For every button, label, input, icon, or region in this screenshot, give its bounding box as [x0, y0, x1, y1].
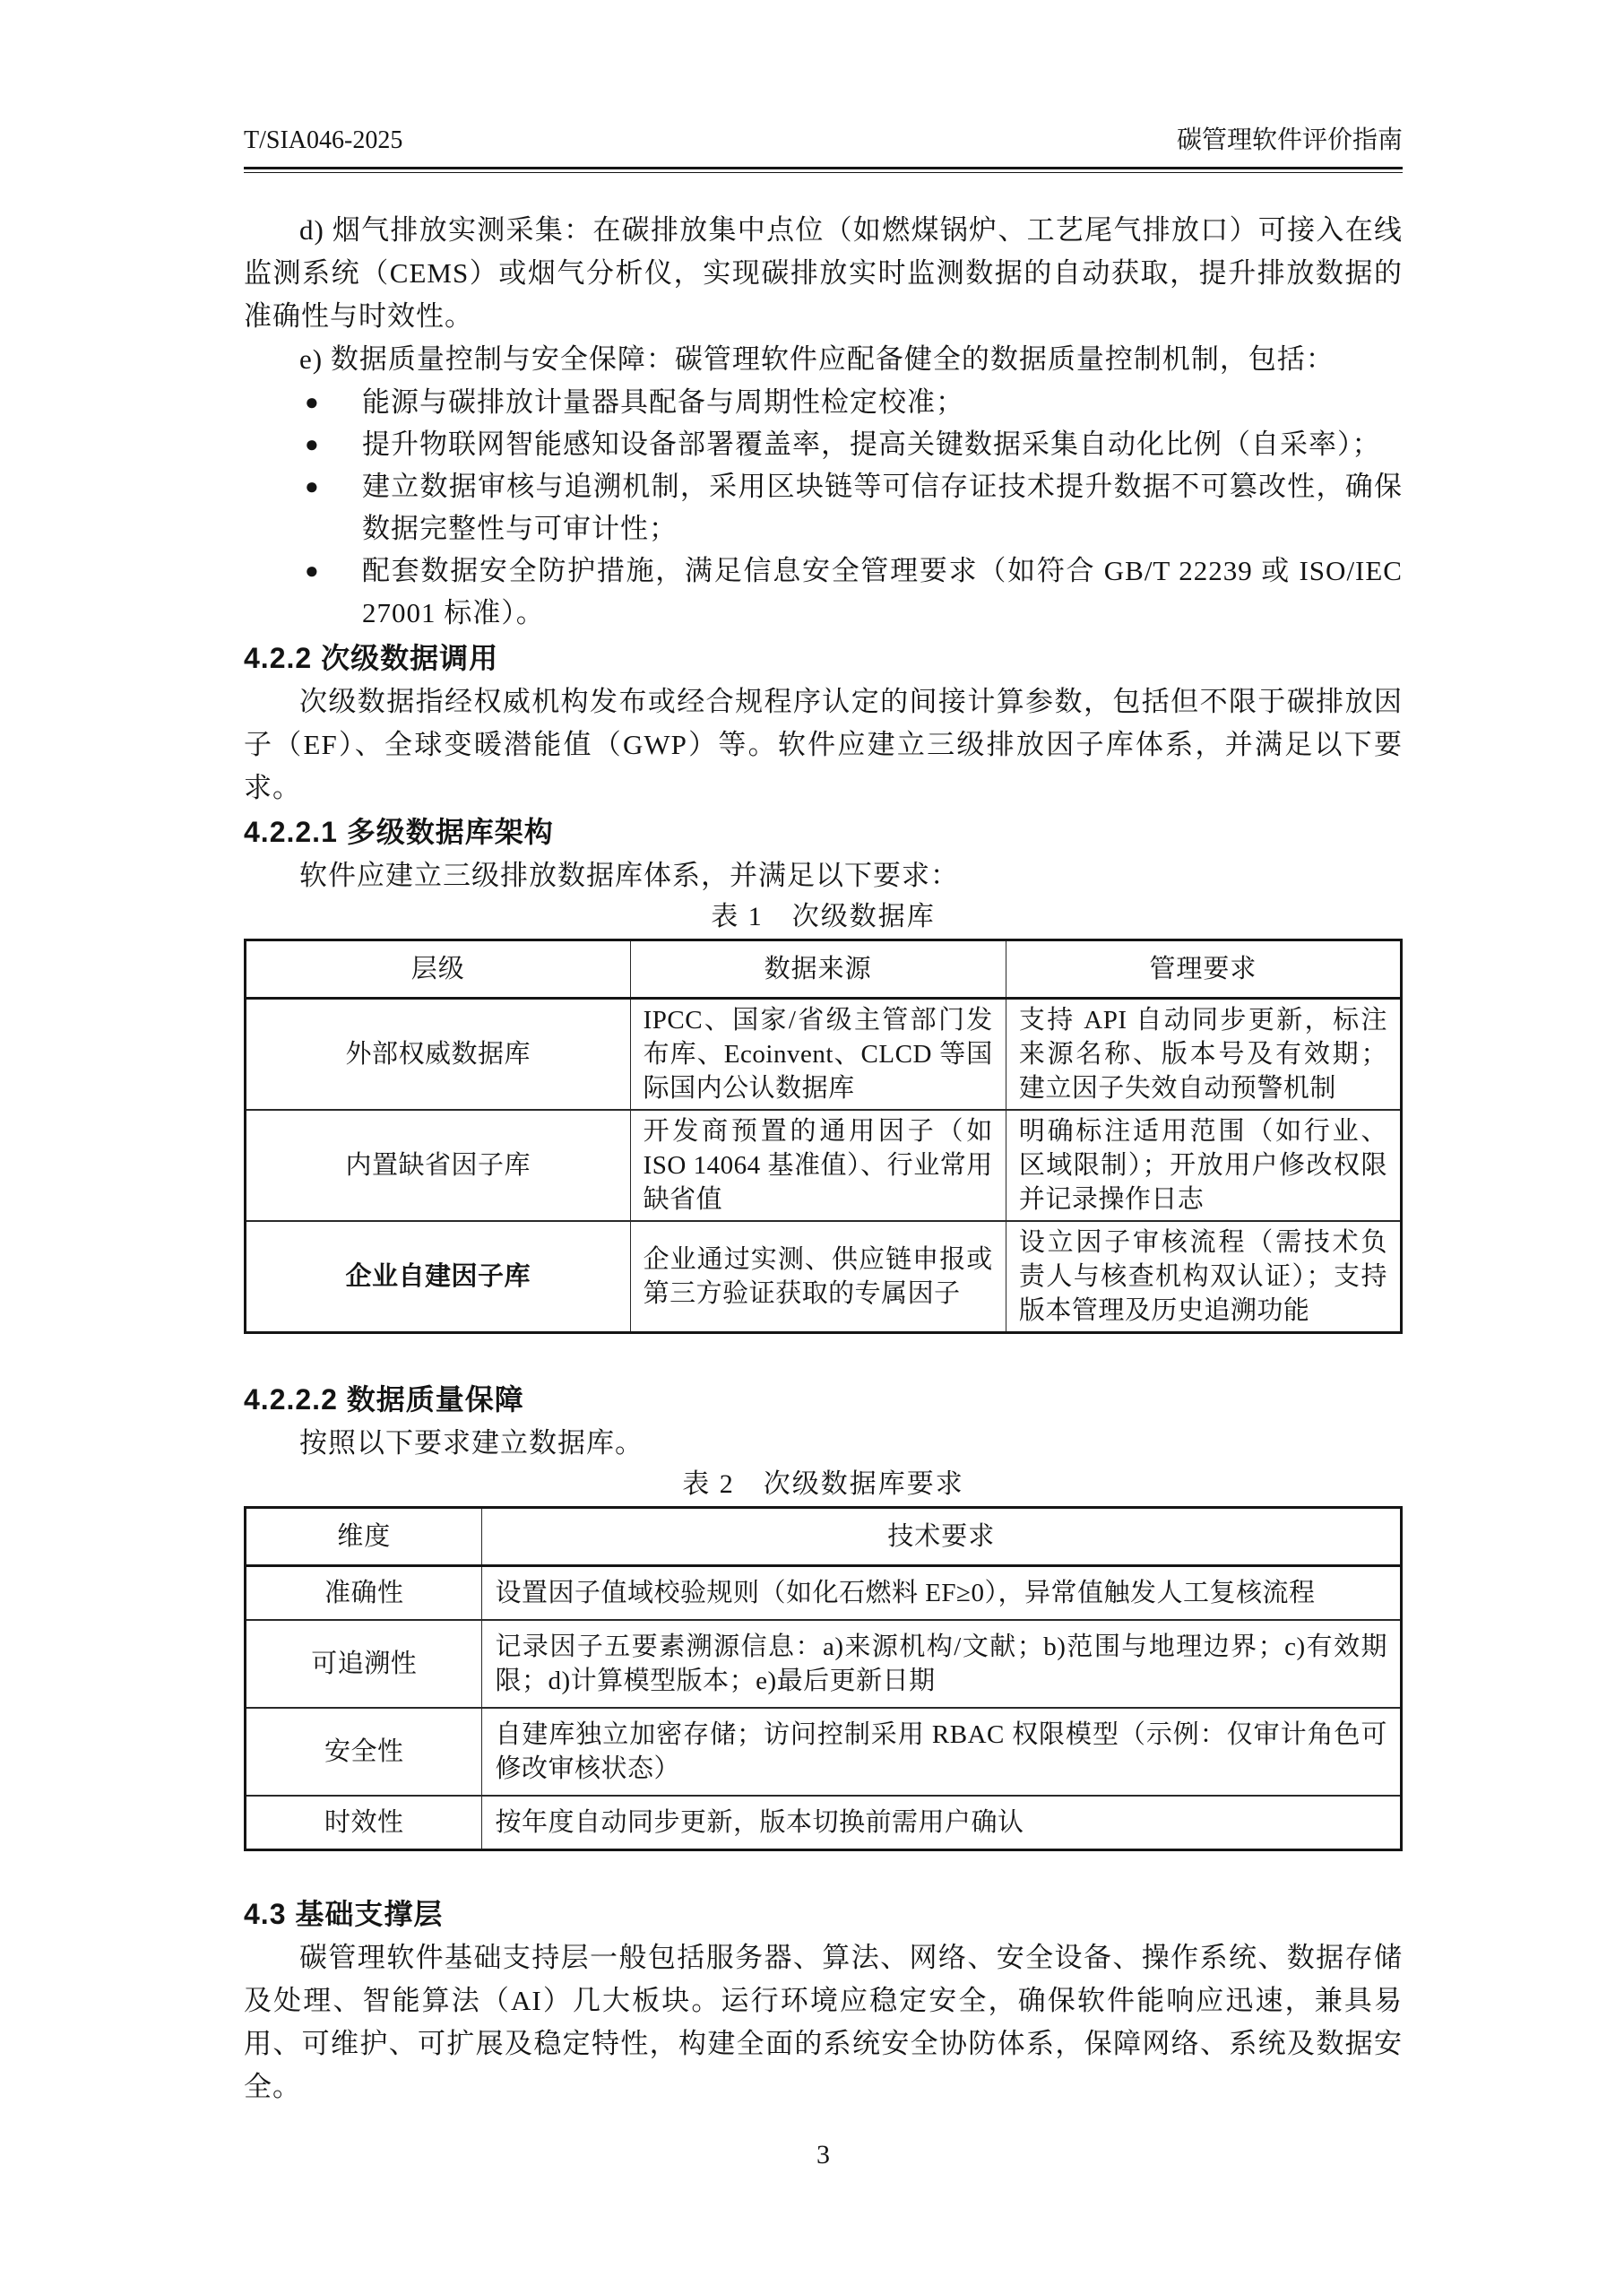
table-cell: 时效性 — [246, 1796, 482, 1850]
bullet-text: 建立数据审核与追溯机制，采用区块链等可信存证技术提升数据不可篡改性，确保数据完整… — [362, 471, 1403, 544]
bullet-icon: ● — [305, 423, 320, 465]
bullet-icon: ● — [305, 381, 320, 423]
header-doc-code: T/SIA046-2025 — [244, 126, 402, 156]
table-1-caption: 表 1 次级数据库 — [244, 897, 1403, 937]
bullet-item: ●配套数据安全防护措施，满足信息安全管理要求（如符合 GB/T 22239 或 … — [244, 550, 1403, 634]
table-header-cell: 层级 — [246, 940, 631, 999]
heading-4-2-2-2: 4.2.2.2 数据质量保障 — [244, 1377, 1403, 1422]
table-cell: 企业通过实测、供应链申报或第三方验证获取的专属因子 — [630, 1221, 1006, 1333]
header-doc-title: 碳管理软件评价指南 — [1177, 126, 1403, 156]
bullet-icon: ● — [305, 550, 320, 592]
quality-bullet-list: ●能源与碳排放计量器具配备与周期性检定校准；●提升物联网智能感知设备部署覆盖率，… — [244, 381, 1403, 634]
table-row: 企业自建因子库企业通过实测、供应链申报或第三方验证获取的专属因子设立因子审核流程… — [246, 1221, 1402, 1333]
document-page: T/SIA046-2025 碳管理软件评价指南 d) 烟气排放实测采集：在碳排放… — [0, 0, 1624, 2295]
table-cell: 记录因子五要素溯源信息：a)来源机构/文献；b)范围与地理边界；c)有效期限；d… — [482, 1620, 1402, 1708]
table-2-caption: 表 2 次级数据库要求 — [244, 1465, 1403, 1504]
bullet-text: 配套数据安全防护措施，满足信息安全管理要求（如符合 GB/T 22239 或 I… — [362, 555, 1403, 628]
table-cell: 外部权威数据库 — [246, 999, 631, 1111]
bullet-text: 提升物联网智能感知设备部署覆盖率，提高关键数据采集自动化比例（自采率）； — [362, 429, 1381, 460]
table-header-cell: 数据来源 — [630, 940, 1006, 999]
paragraph-item-d: d) 烟气排放实测采集：在碳排放集中点位（如燃煤锅炉、工艺尾气排放口）可接入在线… — [244, 209, 1403, 338]
bullet-text: 能源与碳排放计量器具配备与周期性检定校准； — [362, 386, 964, 418]
paragraph-4-2-2: 次级数据指经权威机构发布或经合规程序认定的间接计算参数，包括但不限于碳排放因子（… — [244, 680, 1403, 810]
paragraph-item-e: e) 数据质量控制与安全保障：碳管理软件应配备健全的数据质量控制机制，包括： — [244, 338, 1403, 381]
table-header-cell: 管理要求 — [1006, 940, 1401, 999]
heading-4-3: 4.3 基础支撑层 — [244, 1892, 1403, 1936]
table-row: 时效性按年度自动同步更新，版本切换前需用户确认 — [246, 1796, 1402, 1850]
page-number: 3 — [244, 2137, 1403, 2173]
table-cell: 按年度自动同步更新，版本切换前需用户确认 — [482, 1796, 1402, 1850]
header-rule-divider — [244, 167, 1403, 173]
table-cell: 开发商预置的通用因子（如 ISO 14064 基准值）、行业常用缺省值 — [630, 1110, 1006, 1221]
table-row: 内置缺省因子库开发商预置的通用因子（如 ISO 14064 基准值）、行业常用缺… — [246, 1110, 1402, 1221]
table-row: 安全性自建库独立加密存储；访问控制采用 RBAC 权限模型（示例：仅审计角色可修… — [246, 1708, 1402, 1796]
heading-4-2-2-1: 4.2.2.1 多级数据库架构 — [244, 810, 1403, 854]
table-cell: 明确标注适用范围（如行业、区域限制）；开放用户修改权限并记录操作日志 — [1006, 1110, 1401, 1221]
paragraph-4-3: 碳管理软件基础支持层一般包括服务器、算法、网络、安全设备、操作系统、数据存储及处… — [244, 1936, 1403, 2109]
table-cell: 内置缺省因子库 — [246, 1110, 631, 1221]
table-cell: 准确性 — [246, 1566, 482, 1621]
table-1-secondary-databases: 层级数据来源管理要求 外部权威数据库IPCC、国家/省级主管部门发布库、Ecoi… — [244, 939, 1403, 1334]
table-cell: 企业自建因子库 — [246, 1221, 631, 1333]
table-row: 准确性设置因子值域校验规则（如化石燃料 EF≥0），异常值触发人工复核流程 — [246, 1566, 1402, 1621]
running-header: T/SIA046-2025 碳管理软件评价指南 — [244, 126, 1403, 167]
table-cell: 自建库独立加密存储；访问控制采用 RBAC 权限模型（示例：仅审计角色可修改审核… — [482, 1708, 1402, 1796]
bullet-item: ●能源与碳排放计量器具配备与周期性检定校准； — [244, 381, 1403, 423]
heading-4-2-2: 4.2.2 次级数据调用 — [244, 636, 1403, 680]
bullet-item: ●提升物联网智能感知设备部署覆盖率，提高关键数据采集自动化比例（自采率）； — [244, 423, 1403, 465]
table-cell: 可追溯性 — [246, 1620, 482, 1708]
table-row: 可追溯性记录因子五要素溯源信息：a)来源机构/文献；b)范围与地理边界；c)有效… — [246, 1620, 1402, 1708]
table-2-database-requirements: 维度技术要求 准确性设置因子值域校验规则（如化石燃料 EF≥0），异常值触发人工… — [244, 1506, 1403, 1851]
table-cell: 支持 API 自动同步更新，标注来源名称、版本号及有效期；建立因子失效自动预警机… — [1006, 999, 1401, 1111]
bullet-item: ●建立数据审核与追溯机制，采用区块链等可信存证技术提升数据不可篡改性，确保数据完… — [244, 465, 1403, 550]
table-cell: 设立因子审核流程（需技术负责人与核查机构双认证）；支持版本管理及历史追溯功能 — [1006, 1221, 1401, 1333]
paragraph-4-2-2-1: 软件应建立三级排放数据库体系，并满足以下要求： — [244, 854, 1403, 897]
table-header-cell: 技术要求 — [482, 1508, 1402, 1566]
paragraph-4-2-2-2: 按照以下要求建立数据库。 — [244, 1422, 1403, 1465]
table-cell: 安全性 — [246, 1708, 482, 1796]
table-cell: IPCC、国家/省级主管部门发布库、Ecoinvent、CLCD 等国际国内公认… — [630, 999, 1006, 1111]
table-cell: 设置因子值域校验规则（如化石燃料 EF≥0），异常值触发人工复核流程 — [482, 1566, 1402, 1621]
bullet-icon: ● — [305, 465, 320, 507]
table-row: 外部权威数据库IPCC、国家/省级主管部门发布库、Ecoinvent、CLCD … — [246, 999, 1402, 1111]
table-header-cell: 维度 — [246, 1508, 482, 1566]
